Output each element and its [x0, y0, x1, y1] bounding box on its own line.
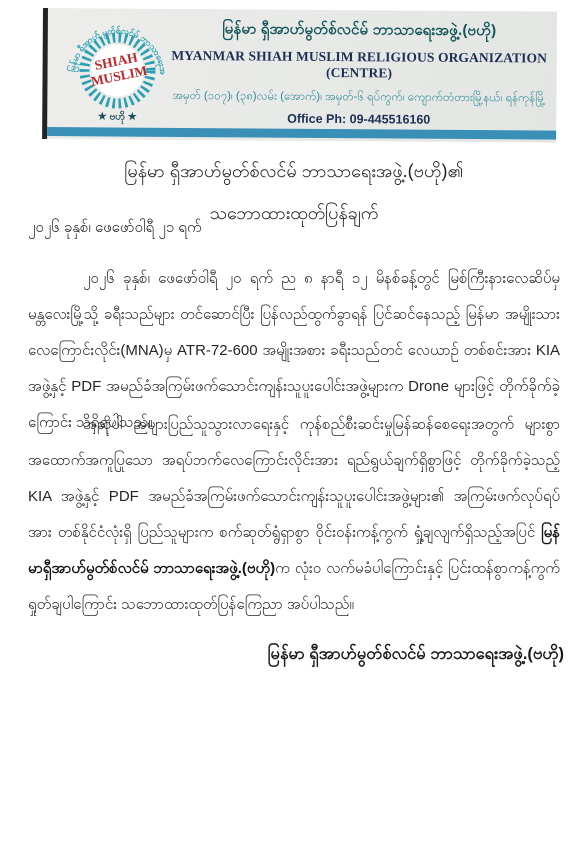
office-phone: Office Ph: 09-445516160 — [165, 111, 552, 128]
organization-seal-logo: မြန်မာ ရှီအာဟ် မွတ်စ်လင်မ် ဘာသာရေးအဖွဲ့ … — [61, 14, 174, 129]
statement-title-line1: မြန်မာ ရှီအာဟ်မွတ်စ်လင်မ် ဘာသာရေးအဖွဲ့.(… — [0, 150, 588, 192]
statement-date: ၂၀၂၆ ခုနှစ်၊ ဖေဖော်ဝါရီ ၂၁ ရက် — [28, 218, 202, 240]
letterhead: မြန်မာ ရှီအာဟ် မွတ်စ်လင်မ် ဘာသာရေးအဖွဲ့ … — [42, 8, 557, 143]
org-name-english: MYANMAR SHIAH MUSLIM RELIGIOUS ORGANIZAT… — [166, 48, 553, 83]
statement-page: { "header": { "banner_title_mm": "မြန်မာ… — [0, 0, 588, 864]
seal-bottom-text: ★ ဗဟို ★ — [98, 109, 137, 125]
paragraph-2: အဆိုပါ အများပြည်သူသွားလာရေးနှင့် ကုန်စည်… — [28, 407, 560, 623]
letterhead-text: မြန်မာ ရှီအာဟ်မွတ်စ်လင်မ် ဘာသာရေးအဖွဲ့.(… — [165, 19, 553, 128]
letterhead-divider-bar — [47, 127, 556, 140]
paragraph-2-text-pre: အဆိုပါ အများပြည်သူသွားလာရေးနှင့် ကုန်စည်… — [28, 416, 560, 541]
org-name-burmese: မြန်မာ ရှီအာဟ်မွတ်စ်လင်မ် ဘာသာရေးအဖွဲ့.(… — [166, 19, 553, 42]
signature-org-name: မြန်မာ ရှီအာဟ်မွတ်စ်လင်မ် ဘာသာရေးအဖွဲ့.(… — [268, 644, 564, 668]
org-address: အမှတ် (၁၀၇)၊ (၃၈)လမ်း (အောက်)၊ အမှတ်-၆ ရ… — [165, 89, 552, 107]
